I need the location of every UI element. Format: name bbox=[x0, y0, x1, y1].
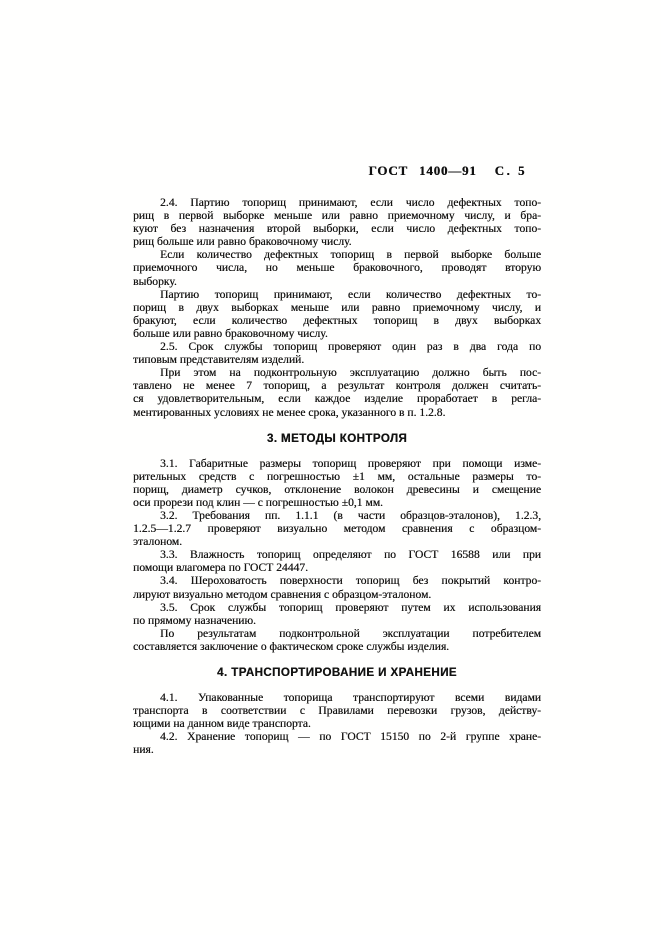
text-line: 4.1. Упакованные топорища транспортируют… bbox=[133, 691, 541, 704]
paragraph: Партию топорищ принимают, если количеств… bbox=[133, 288, 541, 340]
document-page: ГОСТ 1400—91 С. 5 2.4. Партию топорищ пр… bbox=[0, 0, 661, 935]
text-line: выборку. bbox=[133, 275, 541, 288]
text-line: приемочного числа, но меньше браковочног… bbox=[133, 261, 541, 274]
section-heading: 3. МЕТОДЫ КОНТРОЛЯ bbox=[133, 432, 541, 445]
text-line: порищ в двух выборках меньше или равно п… bbox=[133, 301, 541, 314]
paragraph: 2.5. Срок службы топорищ проверяют один … bbox=[133, 340, 541, 366]
text-line: типовым представителям изделий. bbox=[133, 353, 541, 366]
text-line: При этом на подконтрольную эксплуатацию … bbox=[133, 366, 541, 379]
text-line: ментированных условиях не менее срока, у… bbox=[133, 406, 541, 419]
doc-number: ГОСТ 1400—91 bbox=[368, 163, 476, 179]
paragraph: 3.5. Срок службы топорищ проверяют путем… bbox=[133, 601, 541, 627]
text-line: бракуют, если количество дефектных топор… bbox=[133, 314, 541, 327]
text-line: рищ в первой выборке меньше или равно пр… bbox=[133, 209, 541, 222]
paragraph: 2.4. Партию топорищ принимают, если числ… bbox=[133, 196, 541, 248]
text-line: рительных средств с погрешностью ±1 мм, … bbox=[133, 470, 541, 483]
text-line: лируют визуально методом сравнения с обр… bbox=[133, 588, 541, 601]
text-line: рищ больше или равно браковочному числу. bbox=[133, 235, 541, 248]
text-line: 3.3. Влажность топорищ определяют по ГОС… bbox=[133, 548, 541, 561]
text-line: составляется заключение о фактическом ср… bbox=[133, 640, 541, 653]
text-line: 3.4. Шероховатость поверхности топорищ б… bbox=[133, 574, 541, 587]
text-line: эталоном. bbox=[133, 535, 541, 548]
text-line: 3.5. Срок службы топорищ проверяют путем… bbox=[133, 601, 541, 614]
paragraph: 4.1. Упакованные топорища транспортируют… bbox=[133, 691, 541, 756]
paragraph: Если количество дефектных топорищ в перв… bbox=[133, 248, 541, 287]
text-line: 4.2. Хранение топорищ — по ГОСТ 15150 по… bbox=[133, 730, 541, 743]
text-line: куют без назначения второй выборки, если… bbox=[133, 222, 541, 235]
document-body: 2.4. Партию топорищ принимают, если числ… bbox=[133, 196, 541, 756]
paragraph: 3.4. Шероховатость поверхности топорищ б… bbox=[133, 574, 541, 600]
text-line: порищ, диаметр сучков, отклонение волоко… bbox=[133, 483, 541, 496]
paragraph: По результатам подконтрольной эксплуатац… bbox=[133, 627, 541, 653]
text-line: 3.2. Требования пп. 1.1.1 (в части образ… bbox=[133, 509, 541, 522]
paragraph: 3.3. Влажность топорищ определяют по ГОС… bbox=[133, 548, 541, 574]
text-line: Если количество дефектных топорищ в перв… bbox=[133, 248, 541, 261]
text-line: 3.1. Габаритные размеры топорищ проверяю… bbox=[133, 457, 541, 470]
text-line: 2.4. Партию топорищ принимают, если числ… bbox=[133, 196, 541, 209]
text-line: тавлено не менее 7 топорищ, а результат … bbox=[133, 379, 541, 392]
text-line: 2.5. Срок службы топорищ проверяют один … bbox=[133, 340, 541, 353]
text-line: транспорта в соответствии с Правилами пе… bbox=[133, 704, 541, 717]
paragraph: 3.1. Габаритные размеры топорищ проверяю… bbox=[133, 457, 541, 509]
section-heading: 4. ТРАНСПОРТИРОВАНИЕ И ХРАНЕНИЕ bbox=[133, 666, 541, 679]
text-line: больше или равно браковочному числу. bbox=[133, 327, 541, 340]
page-number: С. 5 bbox=[495, 163, 527, 179]
paragraph: 3.2. Требования пп. 1.1.1 (в части образ… bbox=[133, 509, 541, 548]
text-line: оси прорези под клин — с погрешностью ±0… bbox=[133, 496, 541, 509]
text-line: 1.2.5—1.2.7 проверяют визуально методом … bbox=[133, 522, 541, 535]
text-line: ющими на данном виде транспорта. bbox=[133, 717, 541, 730]
text-line: По результатам подконтрольной эксплуатац… bbox=[133, 627, 541, 640]
paragraph: При этом на подконтрольную эксплуатацию … bbox=[133, 366, 541, 418]
text-line: помощи влагомера по ГОСТ 24447. bbox=[133, 561, 541, 574]
text-line: ся удовлетворительным, если каждое издел… bbox=[133, 392, 541, 405]
text-line: ния. bbox=[133, 743, 541, 756]
text-line: по прямому назначению. bbox=[133, 614, 541, 627]
text-line: Партию топорищ принимают, если количеств… bbox=[133, 288, 541, 301]
page-header: ГОСТ 1400—91 С. 5 bbox=[368, 163, 527, 179]
